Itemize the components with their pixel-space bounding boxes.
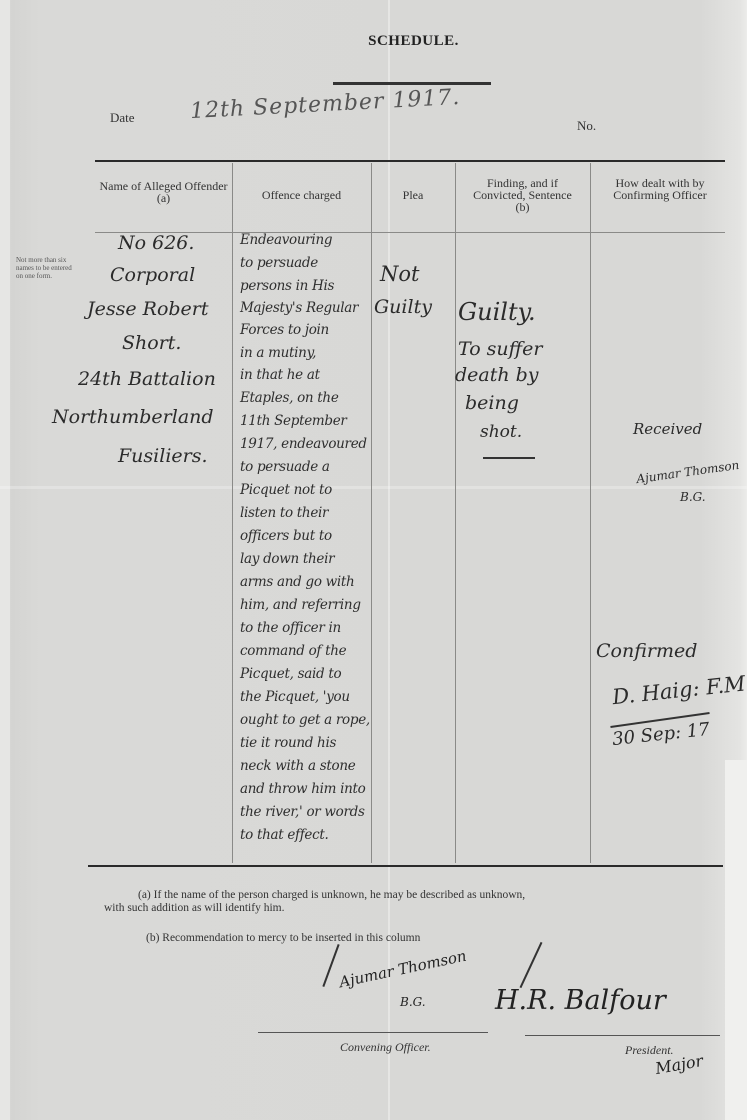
regiment: Northumberland xyxy=(52,406,214,428)
president-caption: President. xyxy=(625,1043,674,1058)
president-signature: H.R. Balfour xyxy=(495,985,666,1016)
confirmed-note: Confirmed xyxy=(596,640,697,662)
finding-line: Guilty. xyxy=(458,298,536,326)
column-divider xyxy=(232,163,233,863)
offence-line: neck with a stone xyxy=(240,758,355,774)
scanned-document: SCHEDULE. Date 12th September 1917. No. … xyxy=(0,0,747,1120)
offence-line: to that effect. xyxy=(240,827,328,843)
offence-line: to the officer in xyxy=(240,620,341,636)
offence-line: arms and go with xyxy=(240,574,354,590)
offence-line: Endeavouring xyxy=(240,232,332,248)
offence-line: Majesty's Regular xyxy=(240,300,358,316)
offence-line: the river,' or words xyxy=(240,804,365,820)
header-confirming-officer: How dealt with by Confirming Officer xyxy=(595,177,725,201)
date-value: 12th September 1917. xyxy=(190,85,461,124)
column-divider xyxy=(371,163,372,863)
document-title: SCHEDULE. xyxy=(0,33,747,50)
header-finding: Finding, and if Convicted, Sentence (b) xyxy=(470,177,575,213)
date-label: Date xyxy=(110,110,135,126)
offence-line: Forces to join xyxy=(240,322,329,338)
margin-note: Not more than six names to be entered on… xyxy=(16,256,76,280)
haig-signature: D. Haig: F.M. xyxy=(611,671,747,710)
offence-line: officers but to xyxy=(240,528,332,544)
check-mark xyxy=(322,944,339,987)
service-number: No 626. xyxy=(118,232,194,254)
received-note: Received xyxy=(633,420,702,438)
offence-line: in that he at xyxy=(240,367,320,383)
convening-officer-line xyxy=(258,1032,488,1033)
offence-line: Picquet not to xyxy=(240,482,332,498)
title-rule xyxy=(333,82,491,85)
offence-line: command of the xyxy=(240,643,346,659)
finding-line: To suffer xyxy=(458,338,542,360)
offence-line: the Picquet, 'you xyxy=(240,689,350,705)
offence-line: 1917, endeavoured xyxy=(240,436,367,452)
table-bottom-rule xyxy=(88,865,723,867)
regiment-suffix: Fusiliers. xyxy=(118,445,208,467)
offence-line: 11th September xyxy=(240,413,347,429)
paper-fold xyxy=(0,486,747,489)
initials-signature: Ajumar Thomson xyxy=(636,458,741,486)
president-line xyxy=(525,1035,720,1036)
convening-officer-rank: B.G. xyxy=(400,995,426,1009)
header-rule xyxy=(95,160,725,162)
offence-line: him, and referring xyxy=(240,597,361,613)
offence-line: Etaples, on the xyxy=(240,390,339,406)
number-label: No. xyxy=(577,118,596,134)
convening-officer-signature: Ajumar Thomson xyxy=(338,947,468,992)
offence-line: to persuade a xyxy=(240,459,330,475)
column-divider xyxy=(590,163,591,863)
header-offence: Offence charged xyxy=(232,189,371,201)
offence-line: to persuade xyxy=(240,255,318,271)
finding-line: shot. xyxy=(480,422,522,442)
paper-edge xyxy=(725,760,747,1120)
offence-line: lay down their xyxy=(240,551,334,567)
offence-line: in a mutiny, xyxy=(240,345,316,361)
footnote-a-continued: with such addition as will identify him. xyxy=(104,902,284,914)
offence-line: listen to their xyxy=(240,505,328,521)
plea-line: Not xyxy=(380,262,419,286)
offence-line: ought to get a rope, xyxy=(240,712,370,728)
paper-edge xyxy=(0,0,10,1120)
header-offender: Name of Alleged Offender (a) xyxy=(95,180,232,204)
column-divider xyxy=(455,163,456,863)
plea-line: Guilty xyxy=(374,296,432,318)
convening-officer-caption: Convening Officer. xyxy=(340,1040,431,1055)
given-names: Jesse Robert xyxy=(87,298,209,320)
paper-fold xyxy=(388,0,390,1120)
footnote-a: (a) If the name of the person charged is… xyxy=(138,889,525,901)
finding-line: death by xyxy=(455,364,539,386)
offence-line: and throw him into xyxy=(240,781,366,797)
rank: Corporal xyxy=(110,264,195,286)
check-mark xyxy=(520,942,543,988)
initials-rank: B.G. xyxy=(680,490,706,504)
header-plea: Plea xyxy=(371,189,455,201)
offence-line: Picquet, said to xyxy=(240,666,341,682)
offence-line: persons in His xyxy=(240,278,334,294)
surname: Short. xyxy=(122,332,181,354)
finding-underline xyxy=(483,457,535,459)
footnote-b: (b) Recommendation to mercy to be insert… xyxy=(146,932,420,944)
battalion: 24th Battalion xyxy=(78,368,216,390)
finding-line: being xyxy=(465,392,519,414)
offence-line: tie it round his xyxy=(240,735,336,751)
